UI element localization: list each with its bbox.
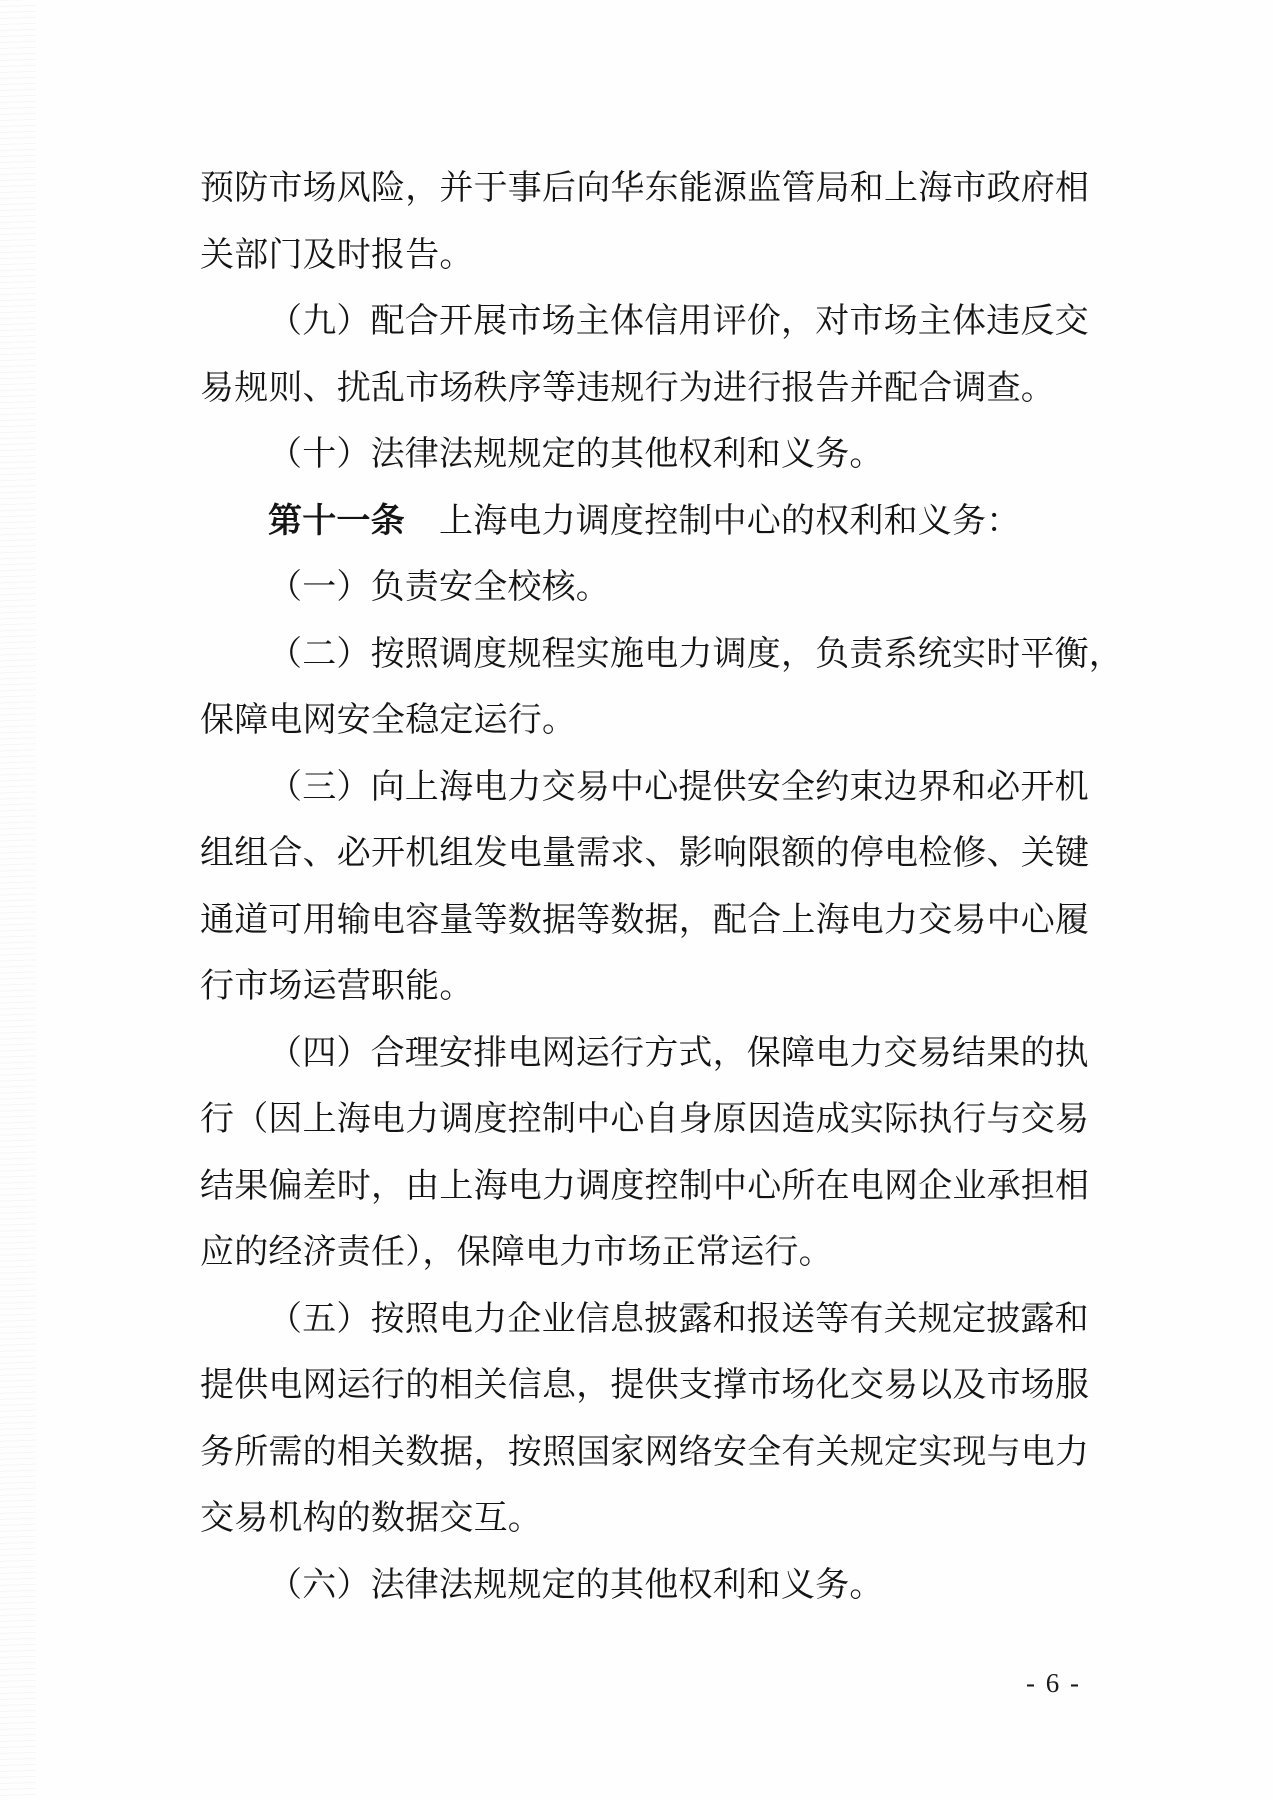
text-line: 提供电网运行的相关信息，提供支撑市场化交易以及市场服 <box>200 1353 1130 1420</box>
text-line: （三）向上海电力交易中心提供安全约束边界和必开机 <box>200 755 1130 822</box>
text-line: （六）法律法规规定的其他权利和义务。 <box>200 1553 1130 1620</box>
text-line: 保障电网安全稳定运行。 <box>200 688 1130 755</box>
text-line: 易规则、扰乱市场秩序等违规行为进行报告并配合调查。 <box>200 356 1130 423</box>
text-line: 行（因上海电力调度控制中心自身原因造成实际执行与交易 <box>200 1087 1130 1154</box>
text-line: 务所需的相关数据，按照国家网络安全有关规定实现与电力 <box>200 1420 1130 1487</box>
text-line: 预防市场风险，并于事后向华东能源监管局和上海市政府相 <box>200 156 1130 223</box>
text-line: （五）按照电力企业信息披露和报送等有关规定披露和 <box>200 1287 1130 1354</box>
text-line: （一）负责安全校核。 <box>200 555 1130 622</box>
text-line: 结果偏差时，由上海电力调度控制中心所在电网企业承担相 <box>200 1154 1130 1221</box>
text-line: 行市场运营职能。 <box>200 954 1130 1021</box>
scan-edge-artifact <box>0 0 36 1800</box>
document-page: 预防市场风险，并于事后向华东能源监管局和上海市政府相关部门及时报告。（九）配合开… <box>0 0 1273 1800</box>
text-line: 交易机构的数据交互。 <box>200 1486 1130 1553</box>
text-line: 第十一条 上海电力调度控制中心的权利和义务： <box>200 489 1130 556</box>
text-line: （九）配合开展市场主体信用评价，对市场主体违反交 <box>200 289 1130 356</box>
text-line: 组组合、必开机组发电量需求、影响限额的停电检修、关键 <box>200 821 1130 888</box>
text-line: （二）按照调度规程实施电力调度，负责系统实时平衡， <box>200 622 1130 689</box>
page-number: - 6 - <box>1026 1666 1081 1700</box>
document-body: 预防市场风险，并于事后向华东能源监管局和上海市政府相关部门及时报告。（九）配合开… <box>200 156 1130 1619</box>
text-line: （四）合理安排电网运行方式，保障电力交易结果的执 <box>200 1021 1130 1088</box>
text-line: 应的经济责任），保障电力市场正常运行。 <box>200 1220 1130 1287</box>
text-line: 通道可用输电容量等数据等数据，配合上海电力交易中心履 <box>200 888 1130 955</box>
text-line: （十）法律法规规定的其他权利和义务。 <box>200 422 1130 489</box>
article-number-bold: 第十一条 <box>268 503 405 540</box>
text-line: 关部门及时报告。 <box>200 223 1130 290</box>
text-segment: 上海电力调度控制中心的权利和义务： <box>405 503 1021 540</box>
